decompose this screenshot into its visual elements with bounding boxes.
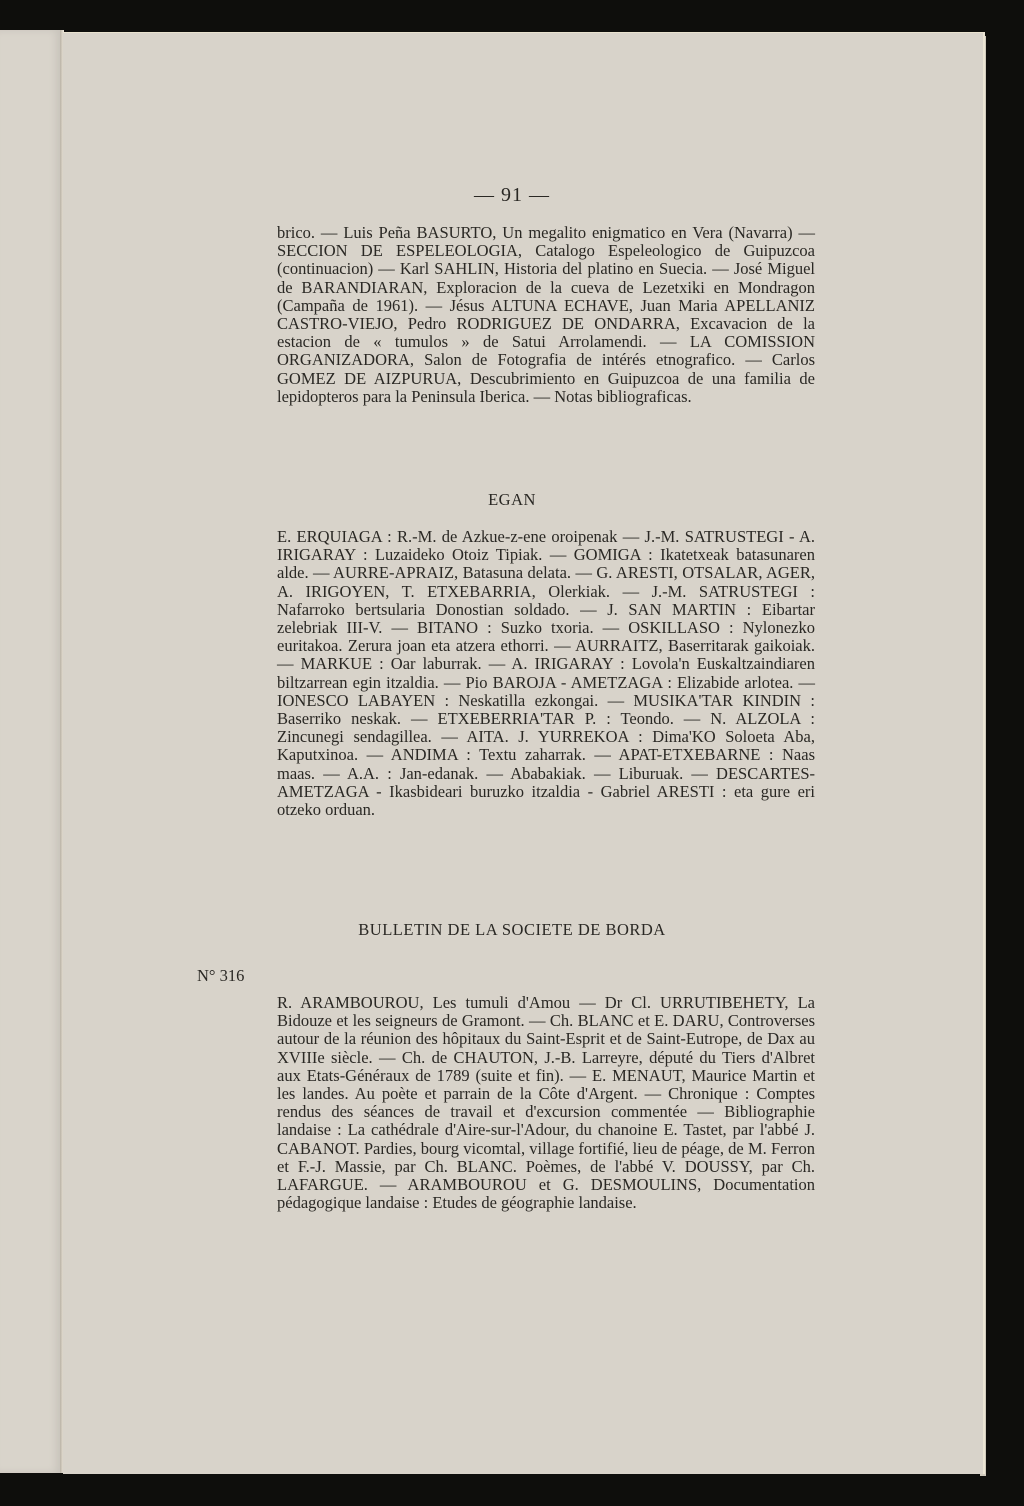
section-heading-egan: EGAN bbox=[0, 490, 1024, 510]
section-heading-borda: BULLETIN DE LA SOCIETE DE BORDA bbox=[0, 920, 1024, 940]
egan-paragraph: E. ERQUIAGA : R.-M. de Azkue-z-ene oroip… bbox=[277, 528, 815, 819]
continued-paragraph: brico. — Luis Peña BASURTO, Un megalito … bbox=[277, 224, 815, 406]
page-number: — 91 — bbox=[0, 184, 1024, 207]
borda-paragraph: R. ARAMBOUROU, Les tumuli d'Amou — Dr Cl… bbox=[277, 994, 815, 1212]
issue-number: N° 316 bbox=[197, 966, 244, 986]
left-page-edge bbox=[0, 30, 62, 1473]
